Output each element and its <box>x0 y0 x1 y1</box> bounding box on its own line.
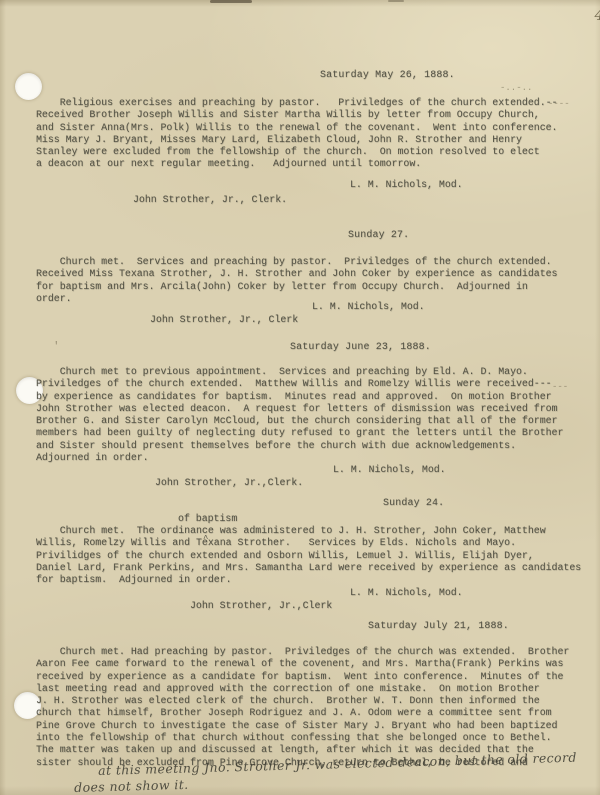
text-line: last meeting read and approved with the … <box>36 683 569 695</box>
moderator-signature: L. M. Nichols, Mod. <box>333 464 446 476</box>
scan-edge-smudge <box>210 0 252 3</box>
minutes-paragraph: Religious exercises and preaching by pas… <box>36 97 558 171</box>
text-line: J. H. Strother was elected clerk of the … <box>36 695 569 707</box>
clerk-signature: John Strother, Jr.,Clerk. <box>155 477 303 489</box>
text-line: Aaron Fee came forward to the renewal of… <box>36 658 569 670</box>
clerk-signature: John Strother, Jr.,Clerk <box>190 600 332 612</box>
page-number: 4 <box>594 6 600 24</box>
handwritten-annotation-line2: does not show it. <box>74 778 189 795</box>
date-heading: Saturday May 26, 1888. <box>320 69 455 81</box>
clerk-signature: John Strother, Jr., Clerk. <box>133 194 287 206</box>
text-line: for baptism and Mrs. Arcila(John) Coker … <box>36 281 558 293</box>
text-line: for baptism. Adjourned in order. <box>36 574 581 586</box>
minutes-paragraph: Church met. The ordinance was administer… <box>36 525 581 586</box>
text-line: Daniel Lard, Frank Perkins, and Mrs. Sam… <box>36 562 581 574</box>
moderator-signature: L. M. Nichols, Mod. <box>350 179 463 191</box>
date-heading: Saturday July 21, 1888. <box>368 620 509 632</box>
hole-punch <box>15 73 42 100</box>
text-line: Brother G. and Sister Carolyn McCloud, b… <box>36 415 563 427</box>
text-line: Religious exercises and preaching by pas… <box>36 97 558 109</box>
text-line: Received Miss Texana Strother, J. H. Str… <box>36 268 558 280</box>
text-line: church that himself, Brother Joseph Rodr… <box>36 707 569 719</box>
moderator-signature: L. M. Nichols, Mod. <box>312 301 425 313</box>
minutes-paragraph: Church met. Services and preaching by pa… <box>36 256 558 305</box>
text-line: Miss Mary J. Bryant, Misses Mary Lard, E… <box>36 134 558 146</box>
text-line: members had been guilty of neglecting du… <box>36 427 563 439</box>
text-line: into the fellowship of that church witho… <box>36 732 569 744</box>
date-heading: Sunday 24. <box>383 497 444 509</box>
text-line: and Sister should present themselves bef… <box>36 440 563 452</box>
pencil-mark: ' <box>53 341 60 353</box>
text-line: Adjourned in order. <box>36 452 563 464</box>
date-heading: Sunday 27. <box>348 229 409 241</box>
scan-edge-smudge <box>388 0 404 2</box>
minutes-paragraph: Church met. Had preaching by pastor. Pri… <box>36 646 569 769</box>
text-line: John Strother was elected deacon. A requ… <box>36 403 563 415</box>
interline-insertion: of baptism <box>178 513 237 525</box>
minutes-paragraph: Church met to previous appointment. Serv… <box>36 366 563 464</box>
text-line: a deacon at our next regular meeting. Ad… <box>36 158 558 170</box>
text-line: Privilidges of the church extended and O… <box>36 550 581 562</box>
pencil-mark: -..-.. <box>500 83 532 93</box>
text-line: and Sister Anna(Mrs. Polk) Willis to the… <box>36 122 558 134</box>
text-line: received by experience as a candidate fo… <box>36 671 569 683</box>
clerk-signature: John Strother, Jr., Clerk <box>150 314 298 326</box>
text-line: order. <box>36 293 558 305</box>
text-line: Stanley were excluded from the fellowshi… <box>36 146 558 158</box>
text-line: Church met. Services and preaching by pa… <box>36 256 558 268</box>
text-line: Priviledges of the church extended. Matt… <box>36 378 563 390</box>
text-line: Church met. The ordinance was administer… <box>36 525 581 537</box>
text-line: Willis, Romelzy Willis and Texana Stroth… <box>36 537 581 549</box>
moderator-signature: L. M. Nichols, Mod. <box>350 587 463 599</box>
date-heading: Saturday June 23, 1888. <box>290 341 431 353</box>
text-line: Received Brother Joseph Willis and Siste… <box>36 109 558 121</box>
text-line: Church met. Had preaching by pastor. Pri… <box>36 646 569 658</box>
text-line: Church met to previous appointment. Serv… <box>36 366 563 378</box>
scanned-minutes-page: 4 -..-.. ---- --- ' Saturday May 26, 188… <box>0 0 600 795</box>
text-line: Pine Grove Church to investigate the cas… <box>36 720 569 732</box>
text-line: by experience as candidates for baptism.… <box>36 391 563 403</box>
